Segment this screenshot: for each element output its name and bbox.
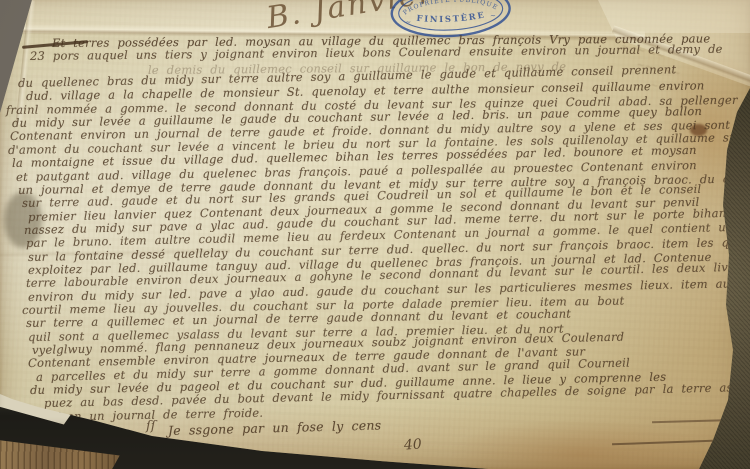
bleedthrough-fragment: ~~~ ~~: [619, 41, 665, 63]
bleedthrough-fragment: ~~ ~~~: [635, 59, 681, 79]
manuscript-photo: B. Janvier PROPRIÉTÉ PUBLIQUE FINISTÈRE …: [0, 0, 750, 469]
page-number: 40: [403, 436, 422, 453]
closing-ink-marks: ſſ: [146, 419, 156, 434]
bleedthrough-fragment: ~~~: [649, 80, 676, 95]
bleedthrough-marks: ~~~ ~~~~ ~~~~~~: [0, 0, 750, 469]
parchment-sheet: B. Janvier PROPRIÉTÉ PUBLIQUE FINISTÈRE …: [0, 0, 750, 469]
